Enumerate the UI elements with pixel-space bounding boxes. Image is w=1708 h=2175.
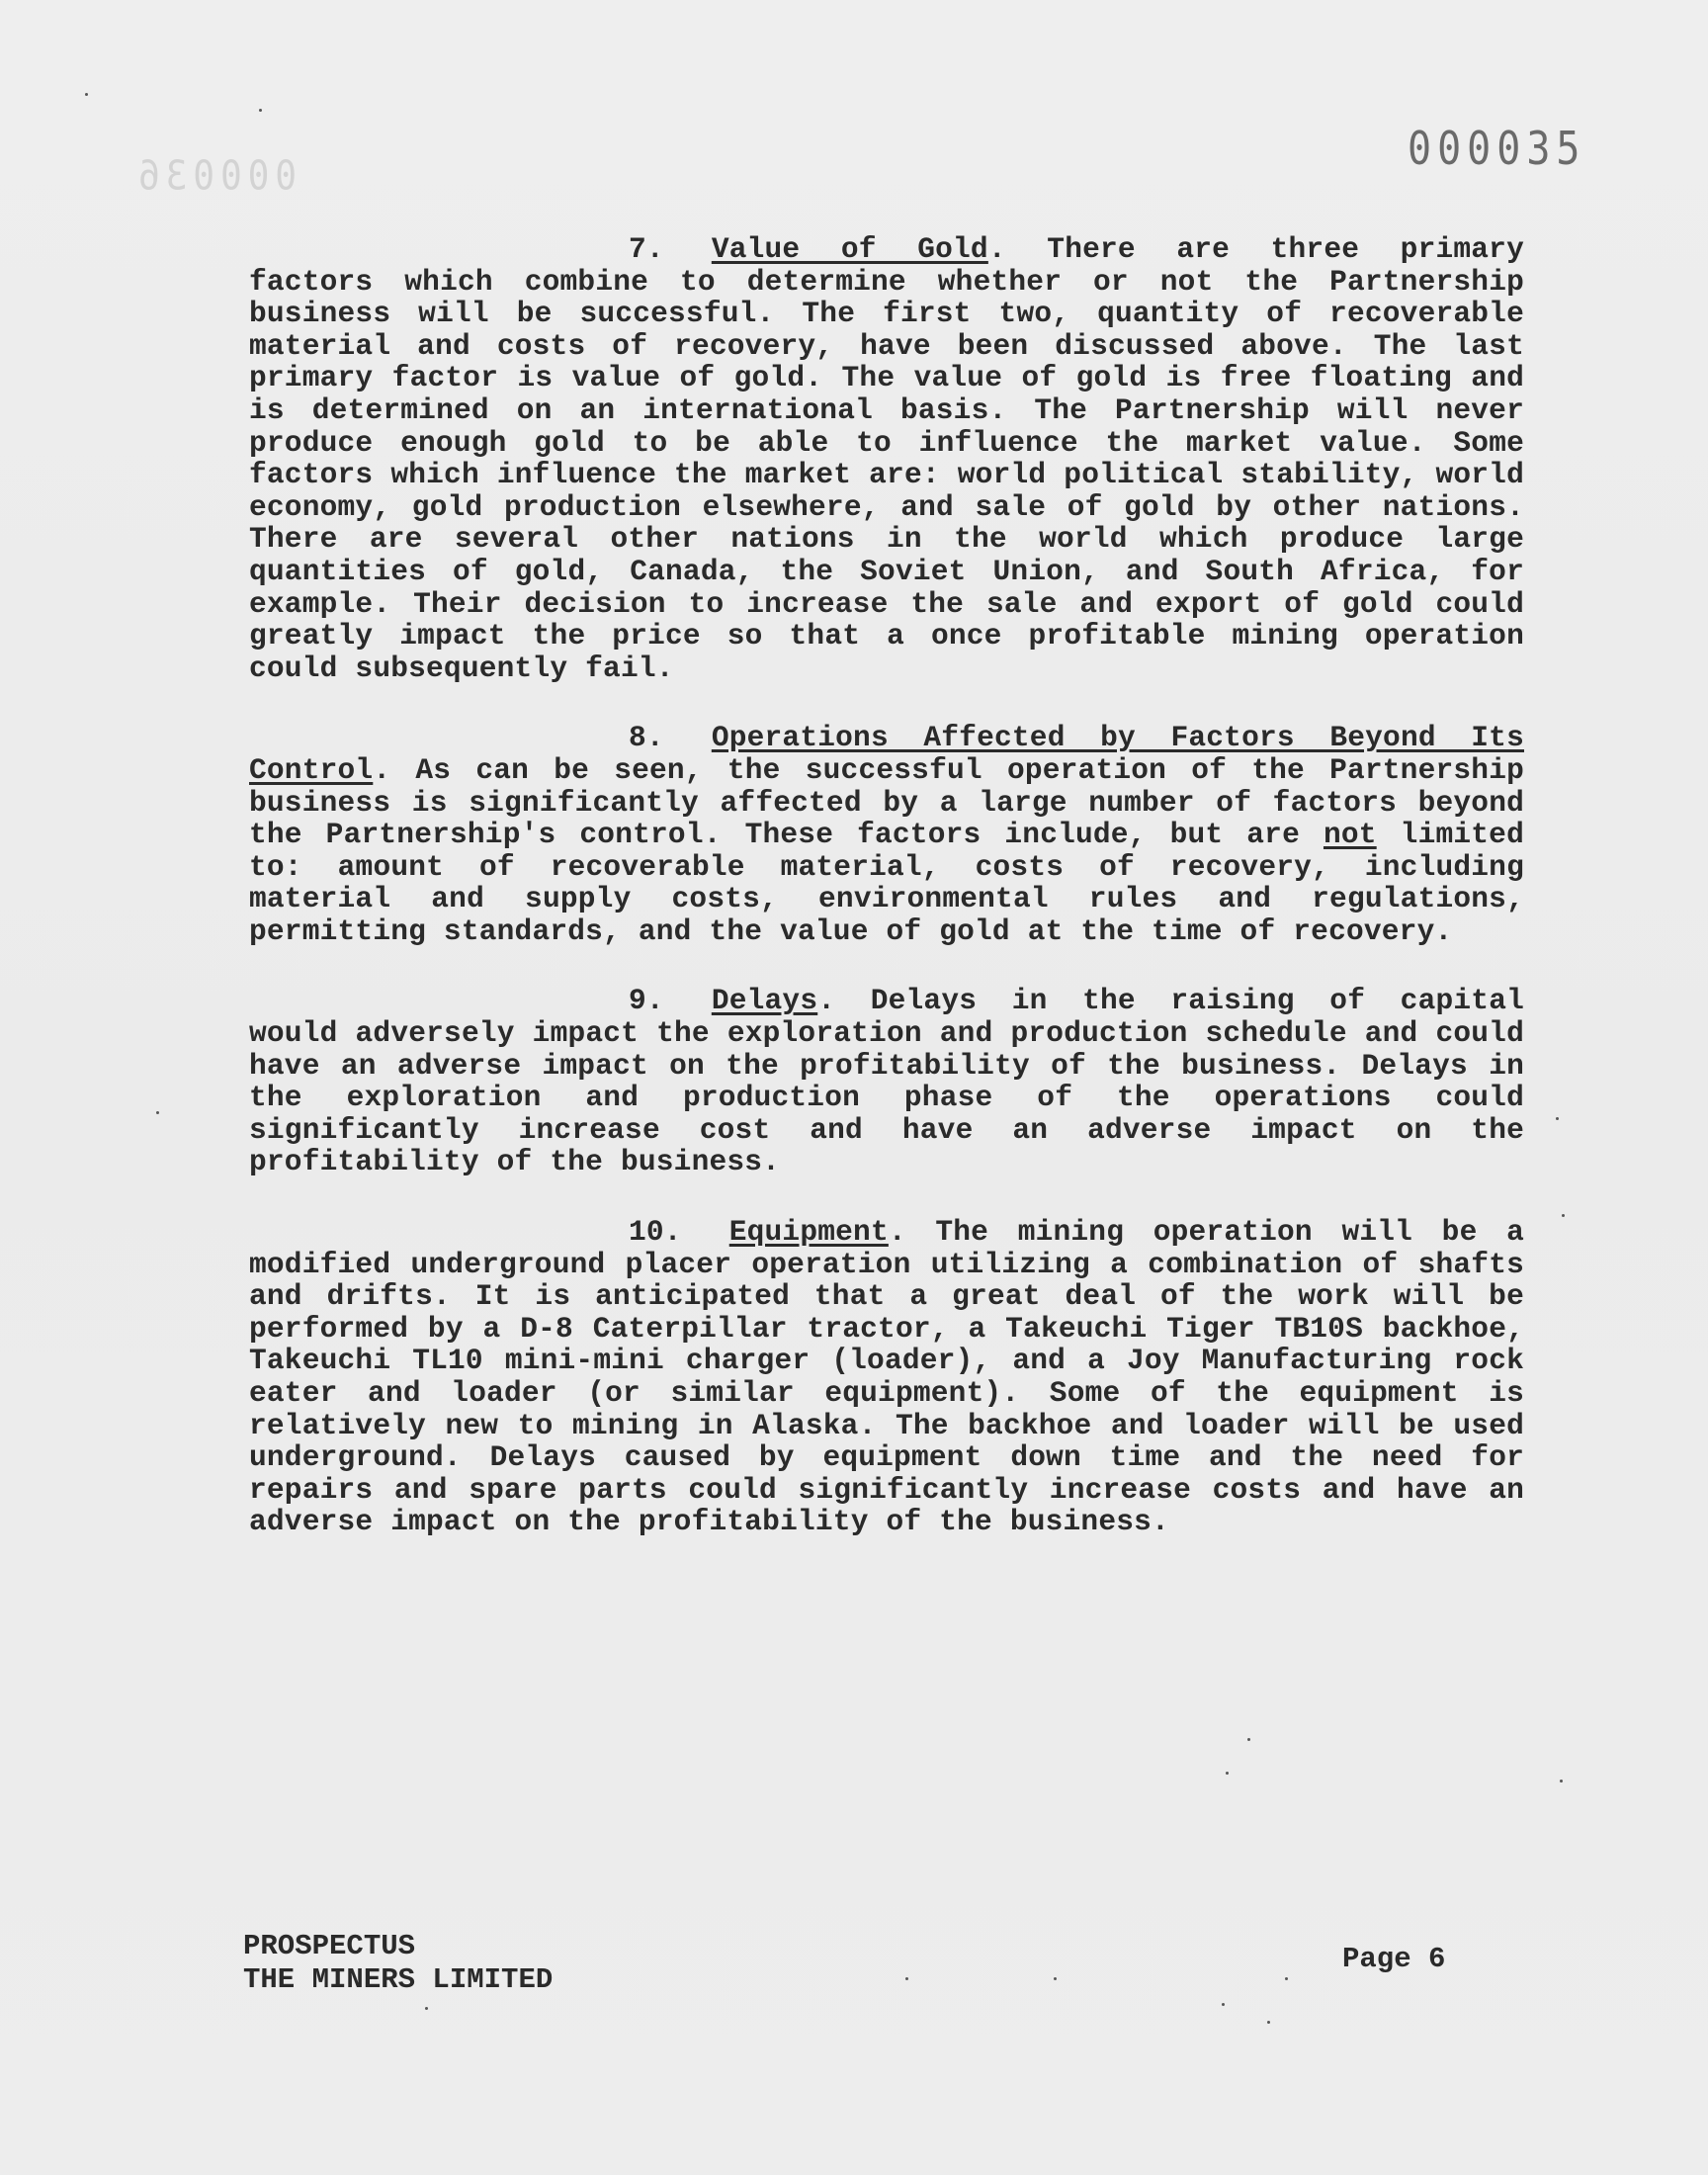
emphasis-not: not — [1324, 818, 1377, 851]
scan-speck — [1267, 2021, 1270, 2024]
section-operations-affected: 8.Operations Affected by Factors Beyond … — [249, 722, 1524, 947]
page-number: Page 6 — [1342, 1943, 1445, 1975]
scan-speck — [1556, 1117, 1559, 1120]
scan-speck — [1560, 1780, 1563, 1783]
footer-prospectus: PROSPECTUS — [243, 1930, 553, 1963]
footer-title: PROSPECTUS THE MINERS LIMITED — [243, 1930, 553, 1997]
scan-speck — [1226, 1772, 1229, 1775]
scanned-page: 000036 000035 7.Value of Gold. There are… — [0, 0, 1708, 2175]
document-body: 7.Value of Gold. There are three primary… — [249, 233, 1524, 1576]
section-text: . The mining operation will be a modifie… — [249, 1215, 1524, 1538]
section-heading: Value of Gold — [712, 232, 988, 266]
scan-speck — [1054, 1977, 1057, 1980]
scan-speck — [1285, 1977, 1288, 1980]
scan-speck — [425, 2007, 428, 2010]
section-heading: Equipment — [729, 1215, 889, 1249]
section-number: 9. — [629, 984, 664, 1017]
scan-speck — [85, 93, 88, 96]
section-number: 8. — [629, 721, 664, 754]
footer-company: THE MINERS LIMITED — [243, 1963, 553, 1997]
section-heading: Delays — [712, 984, 817, 1017]
scan-speck — [1247, 1738, 1250, 1741]
bleed-through-number: 000036 — [132, 153, 297, 200]
scan-speck — [156, 1111, 159, 1114]
section-equipment: 10.Equipment. The mining operation will … — [249, 1216, 1524, 1538]
section-text: . Delays in the raising of capital would… — [249, 984, 1524, 1178]
scan-speck — [1222, 2003, 1225, 2006]
section-number: 10. — [629, 1215, 682, 1249]
section-delays: 9.Delays. Delays in the raising of capit… — [249, 985, 1524, 1178]
section-text: . There are three primary factors which … — [249, 232, 1524, 685]
scan-speck — [1562, 1214, 1565, 1217]
section-number: 7. — [629, 232, 664, 266]
scan-speck — [905, 1977, 908, 1980]
bates-number: 000035 — [1408, 124, 1586, 176]
scan-speck — [259, 109, 262, 112]
section-value-of-gold: 7.Value of Gold. There are three primary… — [249, 233, 1524, 684]
